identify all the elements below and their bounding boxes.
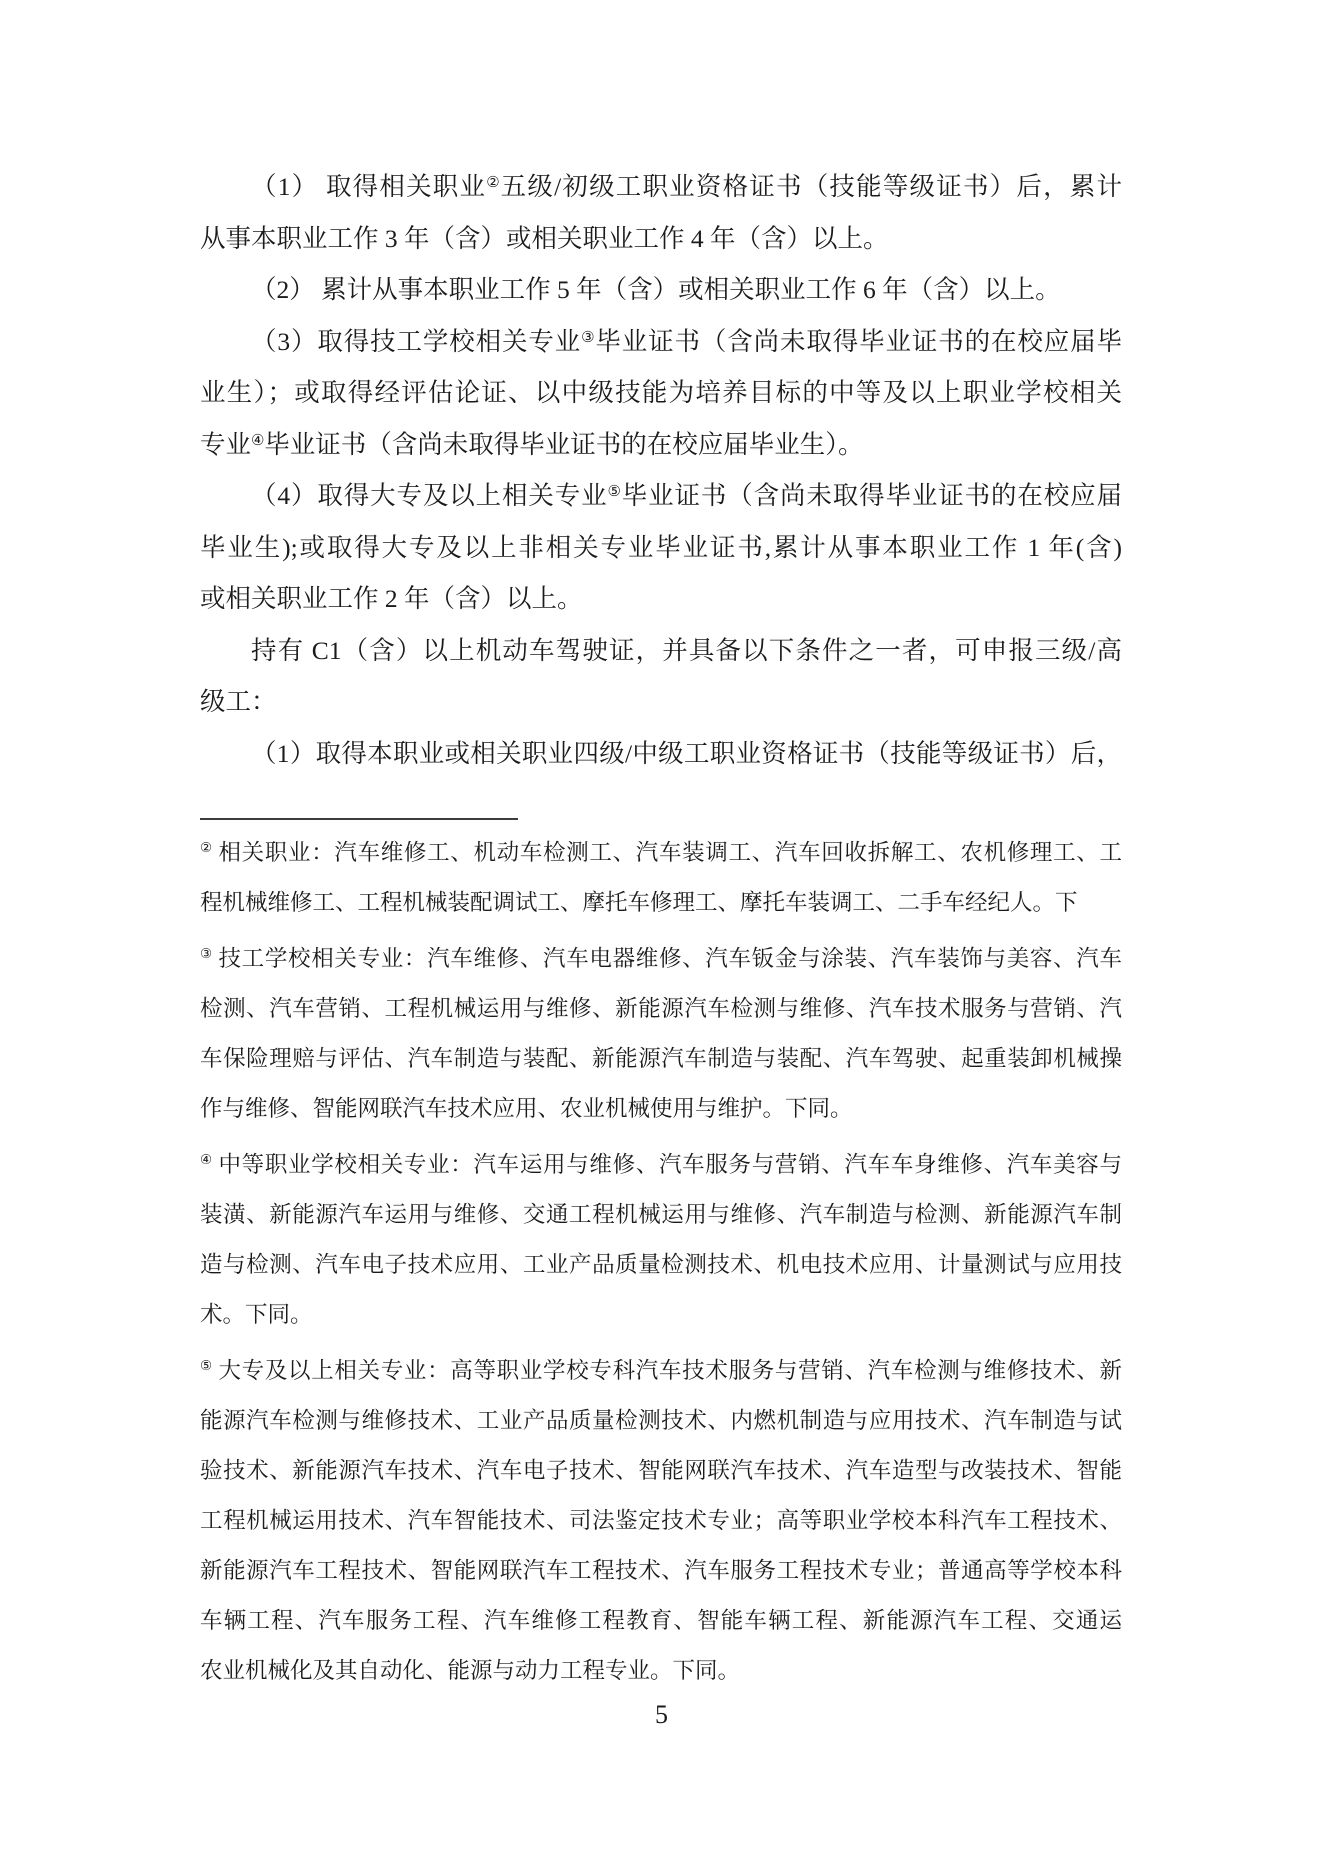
- footnote-item: ④中等职业学校相关专业：汽车运用与维修、汽车服务与营销、汽车车身维修、汽车美容与…: [200, 1140, 1122, 1340]
- body-line: 或相关职业工作 2 年（含）以上。: [200, 573, 1122, 625]
- body-line: 从事本职业工作 3 年（含）或相关职业工作 4 年（含）以上。: [200, 213, 1122, 265]
- body-line: 级工：: [200, 676, 1122, 728]
- footnote-line: 车保险理赔与评估、汽车制造与装配、新能源汽车制造与装配、汽车驾驶、起重装卸机械操: [200, 1034, 1122, 1084]
- footnote-line: ②相关职业：汽车维修工、机动车检测工、汽车装调工、汽车回收拆解工、农机修理工、工: [200, 828, 1122, 878]
- footnote-line: 装潢、新能源汽车运用与维修、交通工程机械运用与维修、汽车制造与检测、新能源汽车制: [200, 1190, 1122, 1240]
- body-paragraph: （4）取得大专及以上相关专业⑤毕业证书（含尚未取得毕业证书的在校应届毕业生);或…: [200, 470, 1122, 625]
- footnote-item: ②相关职业：汽车维修工、机动车检测工、汽车装调工、汽车回收拆解工、农机修理工、工…: [200, 828, 1122, 928]
- footnote-line: 程机械维修工、工程机械装配调试工、摩托车修理工、摩托车装调工、二手车经纪人。下同…: [200, 878, 1122, 928]
- body-paragraph: （1） 取得相关职业②五级/初级工职业资格证书（技能等级证书）后，累计从事本职业…: [200, 161, 1122, 264]
- body-line: 专业④毕业证书（含尚未取得毕业证书的在校应届毕业生）。: [200, 419, 1122, 471]
- footnote-item: ⑤大专及以上相关专业：高等职业学校专科汽车技术服务与营销、汽车检测与维修技术、新…: [200, 1346, 1122, 1696]
- body-line: （1） 取得相关职业②五级/初级工职业资格证书（技能等级证书）后，累计: [200, 161, 1122, 213]
- footnote-marker: ②: [200, 840, 213, 855]
- body-paragraph: 持有 C1（含）以上机动车驾驶证，并具备以下条件之一者，可申报三级/高级工：: [200, 625, 1122, 728]
- footnote-line: 检测、汽车营销、工程机械运用与维修、新能源汽车检测与维修、汽车技术服务与营销、汽: [200, 984, 1122, 1034]
- body-line: 业生）；或取得经评估论证、以中级技能为培养目标的中等及以上职业学校相关: [200, 367, 1122, 419]
- footnote-line: 验技术、新能源汽车技术、汽车电子技术、智能网联汽车技术、汽车造型与改装技术、智能: [200, 1446, 1122, 1496]
- page-number: 5: [0, 1700, 1323, 1730]
- footnote-line: 车辆工程、汽车服务工程、汽车维修工程教育、智能车辆工程、新能源汽车工程、交通运输…: [200, 1596, 1122, 1646]
- body-line: 持有 C1（含）以上机动车驾驶证，并具备以下条件之一者，可申报三级/高: [200, 625, 1122, 677]
- footnote-line: ⑤大专及以上相关专业：高等职业学校专科汽车技术服务与营销、汽车检测与维修技术、新: [200, 1346, 1122, 1396]
- footnote-line: 新能源汽车工程技术、智能网联汽车工程技术、汽车服务工程技术专业；普通高等学校本科: [200, 1546, 1122, 1596]
- footnote-marker: ⑤: [200, 1358, 213, 1373]
- footnote-marker: ③: [200, 946, 213, 961]
- body-line: （2） 累计从事本职业工作 5 年（含）或相关职业工作 6 年（含）以上。: [200, 264, 1122, 316]
- body-text: （1） 取得相关职业②五级/初级工职业资格证书（技能等级证书）后，累计从事本职业…: [200, 161, 1122, 779]
- body-line: （4）取得大专及以上相关专业⑤毕业证书（含尚未取得毕业证书的在校应届: [200, 470, 1122, 522]
- footnote-line: 能源汽车检测与维修技术、工业产品质量检测技术、内燃机制造与应用技术、汽车制造与试: [200, 1396, 1122, 1446]
- document-page: （1） 取得相关职业②五级/初级工职业资格证书（技能等级证书）后，累计从事本职业…: [0, 0, 1323, 1871]
- footnotes: ②相关职业：汽车维修工、机动车检测工、汽车装调工、汽车回收拆解工、农机修理工、工…: [200, 828, 1122, 1696]
- footnote-line: 术。下同。: [200, 1290, 1122, 1340]
- body-line: （3）取得技工学校相关专业③毕业证书（含尚未取得毕业证书的在校应届毕: [200, 316, 1122, 368]
- footnote-line: 工程机械运用技术、汽车智能技术、司法鉴定技术专业；高等职业学校本科汽车工程技术、: [200, 1496, 1122, 1546]
- footnote-line: ③技工学校相关专业：汽车维修、汽车电器维修、汽车钣金与涂装、汽车装饰与美容、汽车: [200, 934, 1122, 984]
- footnote-line: 造与检测、汽车电子技术应用、工业产品质量检测技术、机电技术应用、计量测试与应用技: [200, 1240, 1122, 1290]
- footnote-ref: ④: [251, 432, 264, 448]
- body-paragraph: （2） 累计从事本职业工作 5 年（含）或相关职业工作 6 年（含）以上。: [200, 264, 1122, 316]
- footnote-marker: ④: [200, 1152, 213, 1167]
- footnote-ref: ⑤: [608, 484, 622, 500]
- footnote-ref: ③: [581, 329, 595, 345]
- body-paragraph: （1）取得本职业或相关职业四级/中级工职业资格证书（技能等级证书）后，: [200, 728, 1122, 780]
- footnote-item: ③技工学校相关专业：汽车维修、汽车电器维修、汽车钣金与涂装、汽车装饰与美容、汽车…: [200, 934, 1122, 1134]
- footnote-line: ④中等职业学校相关专业：汽车运用与维修、汽车服务与营销、汽车车身维修、汽车美容与: [200, 1140, 1122, 1190]
- footnote-separator: [200, 818, 518, 820]
- footnote-line: 作与维修、智能网联汽车技术应用、农业机械使用与维护。下同。: [200, 1084, 1122, 1134]
- body-line: （1）取得本职业或相关职业四级/中级工职业资格证书（技能等级证书）后，: [200, 728, 1122, 780]
- footnote-line: 农业机械化及其自动化、能源与动力工程专业。下同。: [200, 1646, 1122, 1696]
- body-line: 毕业生);或取得大专及以上非相关专业毕业证书,累计从事本职业工作 1 年(含): [200, 522, 1122, 574]
- footnote-ref: ②: [486, 175, 500, 191]
- body-paragraph: （3）取得技工学校相关专业③毕业证书（含尚未取得毕业证书的在校应届毕业生）；或取…: [200, 316, 1122, 471]
